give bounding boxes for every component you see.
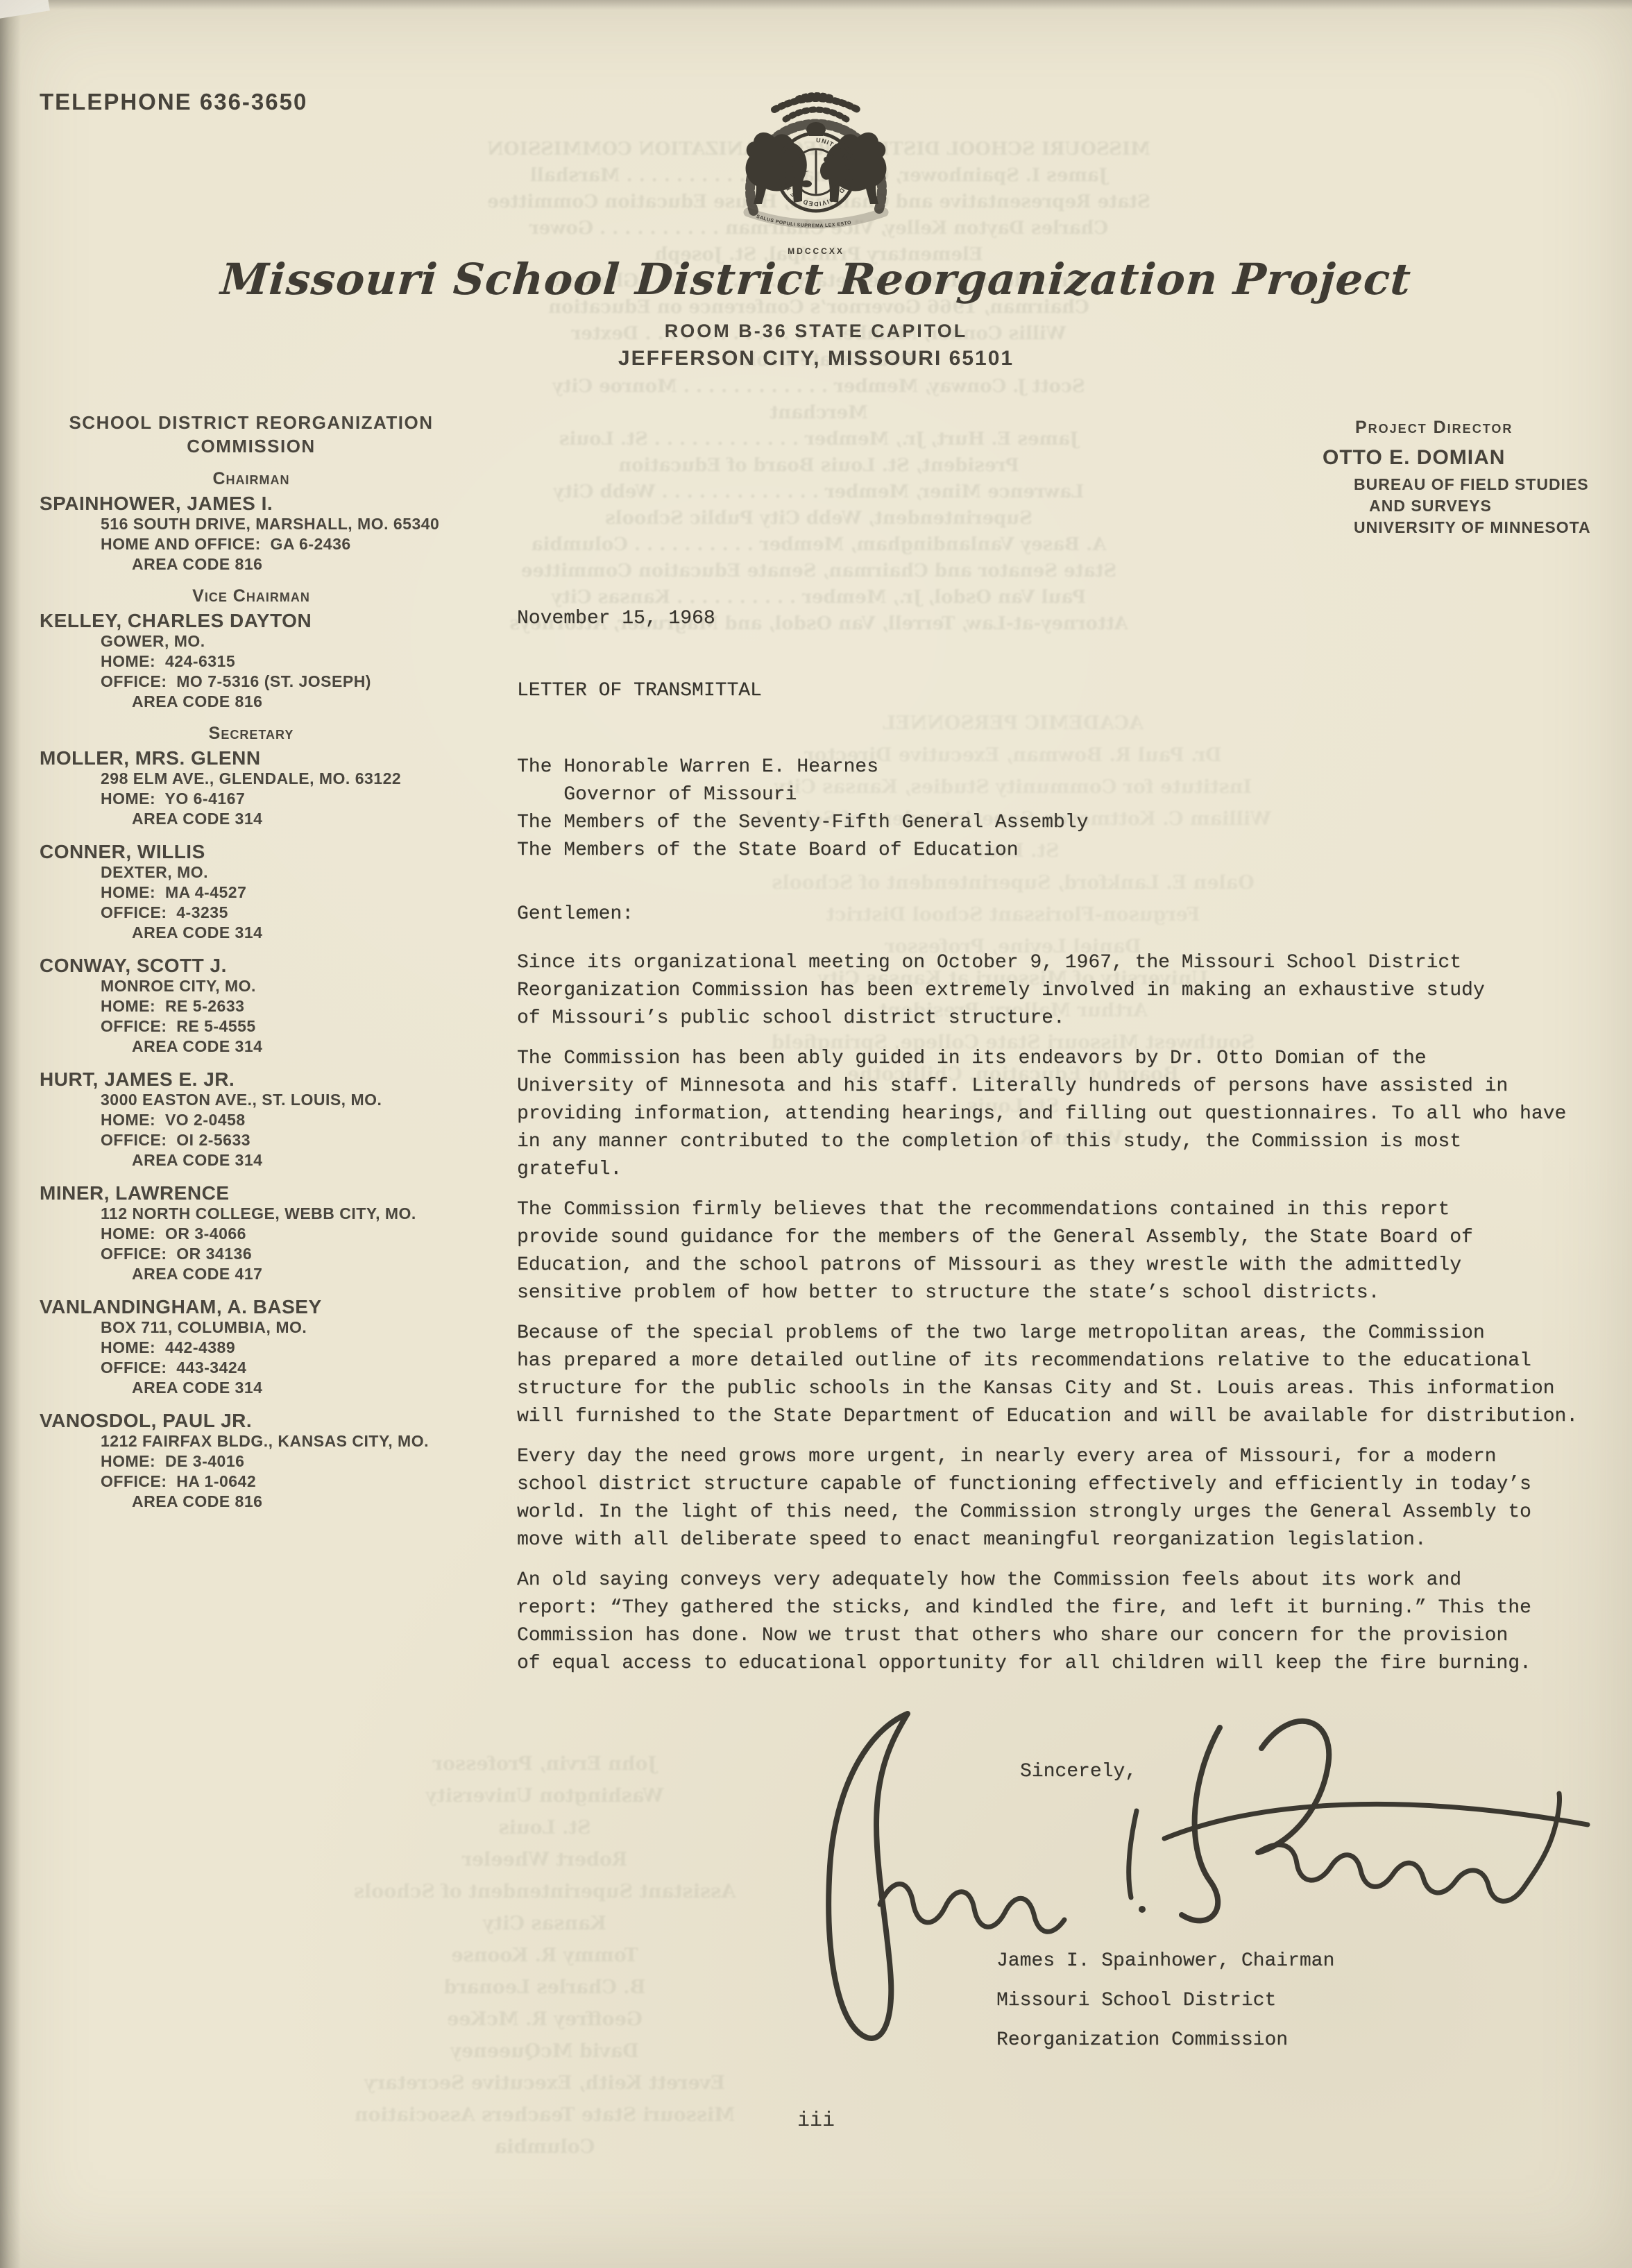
scan-edge xyxy=(0,0,1632,10)
letter-paragraph: The Commission has been ably guided in i… xyxy=(517,1045,1599,1184)
roster-member: HURT, JAMES E. JR. 3000 EASTON AVE., ST.… xyxy=(40,1068,463,1170)
member-area-code: AREA CODE 314 xyxy=(40,923,463,943)
letter-subject: LETTER OF TRANSMITTAL xyxy=(517,677,1599,705)
member-contact: 112 NORTH COLLEGE, WEBB CITY, MO. HOME: … xyxy=(40,1204,463,1264)
member-contact: DEXTER, MO. HOME: MA 4-4527 OFFICE: 4-32… xyxy=(40,862,463,923)
member-role: Vice Chairman xyxy=(40,586,463,606)
roster-member: CONNER, WILLIS DEXTER, MO. HOME: MA 4-45… xyxy=(40,841,463,943)
letter-paragraph: Since its organizational meeting on Octo… xyxy=(517,949,1599,1032)
member-name: CONNER, WILLIS xyxy=(40,841,463,862)
letterhead-address-city: JEFFERSON CITY, MISSOURI 65101 xyxy=(0,347,1632,370)
member-role: Secretary xyxy=(40,724,463,744)
member-name: MOLLER, MRS. GLENN xyxy=(40,747,463,769)
letterhead-address-room: ROOM B-36 STATE CAPITOL xyxy=(0,321,1632,342)
scanned-letter-page: MISSOURI SCHOOL DISTRICT REORGANIZATION … xyxy=(0,0,1632,2268)
member-contact: 3000 EASTON AVE., ST. LOUIS, MO. HOME: V… xyxy=(40,1090,463,1150)
project-director-org: BUREAU OF FIELD STUDIES AND SURVEYS UNIV… xyxy=(1241,474,1631,538)
letter-paragraph: Because of the special problems of the t… xyxy=(517,1320,1599,1431)
project-director-name: OTTO E. DOMIAN xyxy=(1241,446,1631,470)
signer-identification: James I. Spainhower, Chairman Missouri S… xyxy=(996,1941,1334,2060)
member-area-code: AREA CODE 816 xyxy=(40,1492,463,1512)
member-role: Chairman xyxy=(40,469,463,489)
commission-title: SCHOOL DISTRICT REORGANIZATION COMMISSIO… xyxy=(40,411,463,458)
member-name: CONWAY, SCOTT J. xyxy=(40,955,463,976)
commission-roster: SCHOOL DISTRICT REORGANIZATION COMMISSIO… xyxy=(40,411,463,1524)
member-name: VANLANDINGHAM, A. BASEY xyxy=(40,1296,463,1318)
scan-corner-artifact xyxy=(0,0,50,19)
member-area-code: AREA CODE 314 xyxy=(40,1037,463,1057)
roster-member: Vice Chairman KELLEY, CHARLES DAYTON GOW… xyxy=(40,586,463,712)
telephone-number: TELEPHONE 636-3650 xyxy=(40,89,307,115)
letter-date: November 15, 1968 xyxy=(517,605,1599,633)
member-area-code: AREA CODE 314 xyxy=(40,1150,463,1170)
missouri-state-seal-icon: UNITED WE STAND · DIVIDED WE FALL SALUS … xyxy=(733,82,899,258)
project-director-label: Project Director xyxy=(1241,418,1631,438)
member-name: SPAINHOWER, JAMES I. xyxy=(40,493,463,514)
member-area-code: AREA CODE 314 xyxy=(40,809,463,829)
roster-member: VANOSDOL, PAUL JR. 1212 FAIRFAX BLDG., K… xyxy=(40,1410,463,1512)
member-contact: GOWER, MO. HOME: 424-6315 OFFICE: MO 7-5… xyxy=(40,631,463,692)
member-area-code: AREA CODE 816 xyxy=(40,692,463,712)
letter-body: November 15, 1968 LETTER OF TRANSMITTAL … xyxy=(517,605,1599,1678)
member-area-code: AREA CODE 816 xyxy=(40,554,463,574)
roster-member: MINER, LAWRENCE 112 NORTH COLLEGE, WEBB … xyxy=(40,1182,463,1284)
roster-member: VANLANDINGHAM, A. BASEY BOX 711, COLUMBI… xyxy=(40,1296,463,1398)
letter-addressees: The Honorable Warren E. Hearnes Governor… xyxy=(517,753,1599,864)
organization-title: Missouri School District Reorganization … xyxy=(0,254,1632,305)
member-name: KELLEY, CHARLES DAYTON xyxy=(40,610,463,631)
member-area-code: AREA CODE 417 xyxy=(40,1264,463,1284)
member-contact: MONROE CITY, MO. HOME: RE 5-2633 OFFICE:… xyxy=(40,976,463,1037)
project-director-block: Project Director OTTO E. DOMIAN BUREAU O… xyxy=(1241,418,1631,538)
member-name: HURT, JAMES E. JR. xyxy=(40,1068,463,1090)
roster-member: Secretary MOLLER, MRS. GLENN 298 ELM AVE… xyxy=(40,724,463,829)
member-name: MINER, LAWRENCE xyxy=(40,1182,463,1204)
member-contact: 1212 FAIRFAX BLDG., KANSAS CITY, MO. HOM… xyxy=(40,1431,463,1492)
roster-member: CONWAY, SCOTT J. MONROE CITY, MO. HOME: … xyxy=(40,955,463,1057)
member-contact: BOX 711, COLUMBIA, MO. HOME: 442-4389 OF… xyxy=(40,1318,463,1378)
page-number: iii xyxy=(0,2109,1632,2133)
member-contact: 298 ELM AVE., GLENDALE, MO. 63122 HOME: … xyxy=(40,769,463,809)
letter-paragraph: Every day the need grows more urgent, in… xyxy=(517,1443,1599,1554)
letter-paragraph: The Commission firmly believes that the … xyxy=(517,1196,1599,1307)
roster-member: Chairman SPAINHOWER, JAMES I. 516 SOUTH … xyxy=(40,469,463,574)
member-contact: 516 SOUTH DRIVE, MARSHALL, MO. 65340 HOM… xyxy=(40,514,463,554)
letter-paragraph: An old saying conveys very adequately ho… xyxy=(517,1567,1599,1678)
member-area-code: AREA CODE 314 xyxy=(40,1378,463,1398)
member-name: VANOSDOL, PAUL JR. xyxy=(40,1410,463,1431)
letter-salutation: Gentlemen: xyxy=(517,901,1599,928)
